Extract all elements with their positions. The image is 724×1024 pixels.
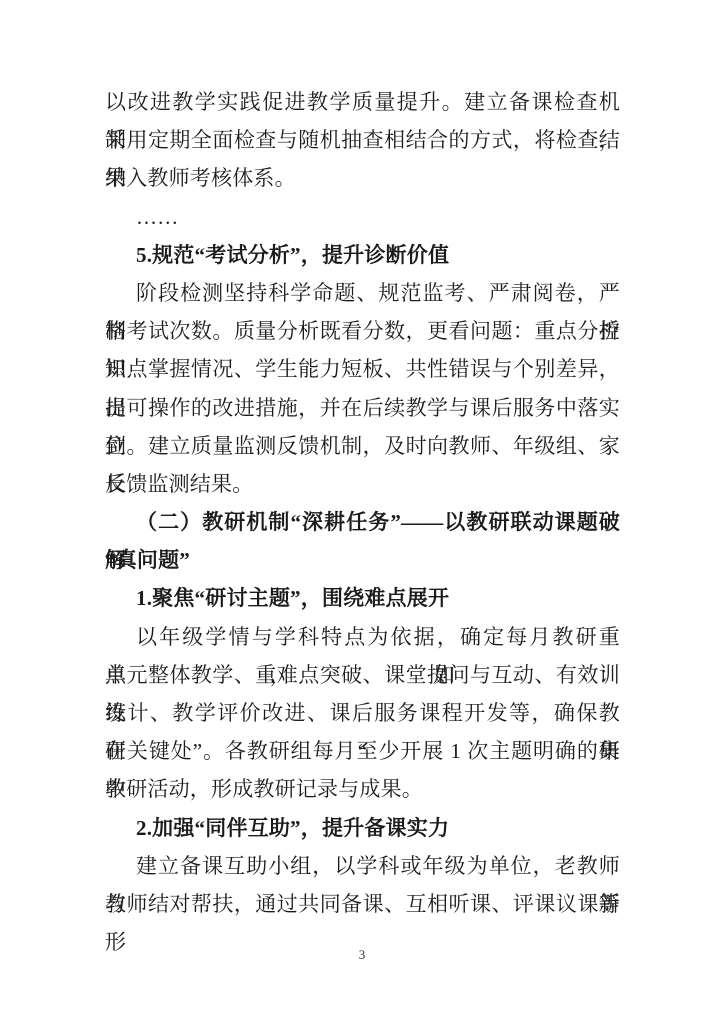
ellipsis-line: ……	[105, 198, 620, 236]
page-footer: 3	[0, 946, 724, 964]
body-line: 教师结对帮扶，通过共同备课、互相听课、评课议课等形	[105, 885, 620, 923]
document-page: 以改进教学实践促进教学质量提升。建立备课检查机制，采用定期全面检查与随机抽查相结…	[0, 0, 724, 1024]
body-line: 制考试次数。质量分析既看分数，更看问题：重点分析知	[105, 312, 620, 350]
body-line: 以改进教学实践促进教学质量提升。建立备课检查机制，	[105, 83, 620, 121]
page-number: 3	[359, 947, 366, 962]
heading-line: “真问题”	[105, 541, 620, 579]
heading-line: 1.聚焦“研讨主题”，围绕难点展开	[105, 579, 620, 617]
body-line: 出可操作的改进措施，并在后续教学与课后服务中落实到	[105, 389, 620, 427]
body-line: 以年级学情与学科特点为依据，确定每月教研重点，如：	[105, 618, 620, 656]
body-line: 识点掌握情况、学生能力短板、共性错误与个别差异，提	[105, 350, 620, 388]
body-line: 在关键处”。各教研组每月至少开展 1 次主题明确的集中	[105, 732, 620, 770]
document-body: 以改进教学实践促进教学质量提升。建立备课检查机制，采用定期全面检查与随机抽查相结…	[105, 83, 620, 923]
body-line: 位。建立质量监测反馈机制，及时向教师、年级组、家长	[105, 427, 620, 465]
body-line: 设计、教学评价改进、课后服务课程开发等，确保教研“研	[105, 694, 620, 732]
body-line: 教研活动，形成教研记录与成果。	[105, 770, 620, 808]
heading-line: 5.规范“考试分析”，提升诊断价值	[105, 236, 620, 274]
heading-line: 2.加强“同伴互助”，提升备课实力	[105, 809, 620, 847]
body-line: 建立备课互助小组，以学科或年级为单位，老教师与新	[105, 847, 620, 885]
body-line: 单元整体教学、重难点突破、课堂提问与互动、有效训练	[105, 656, 620, 694]
document-lines: 以改进教学实践促进教学质量提升。建立备课检查机制，采用定期全面检查与随机抽查相结…	[105, 83, 620, 923]
body-line: 阶段检测坚持科学命题、规范监考、严肃阅卷，严格控	[105, 274, 620, 312]
body-line: 采用定期全面检查与随机抽查相结合的方式，将检查结果	[105, 121, 620, 159]
body-line: 纳入教师考核体系。	[105, 159, 620, 197]
heading-line: （二）教研机制“深耕任务”——以教研联动课题破解	[105, 503, 620, 541]
body-line: 反馈监测结果。	[105, 465, 620, 503]
